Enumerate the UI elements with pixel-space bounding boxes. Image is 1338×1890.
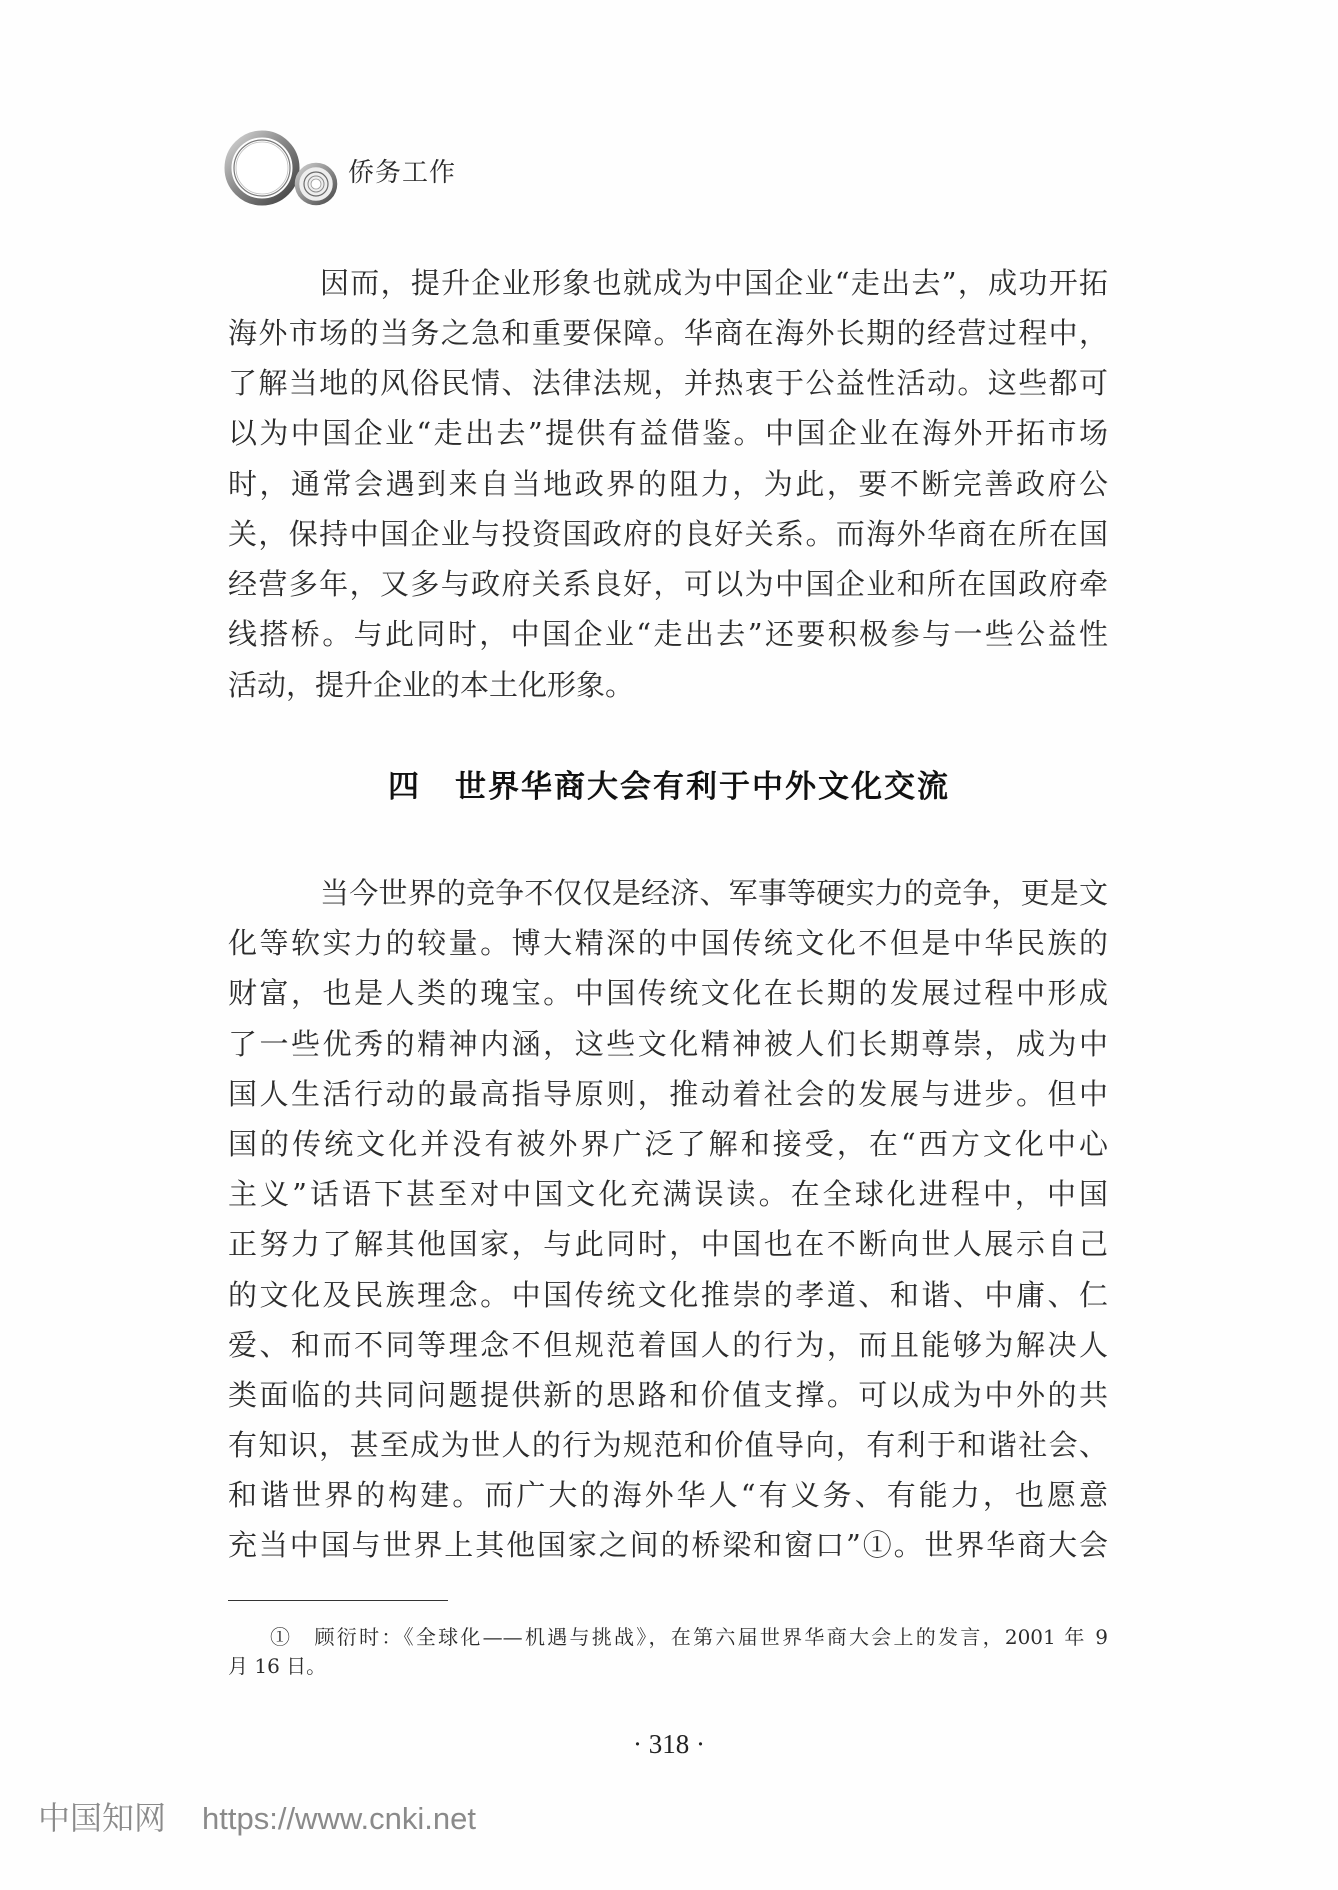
text-line: 时，通常会遇到来自当地政界的阻力，为此，要不断完善政府公 [228,459,1108,509]
text-line: 化等软实力的较量。博大精深的中国传统文化不但是中华民族的 [228,918,1108,968]
double-ring-logo-icon [220,128,350,214]
text-line: 海外市场的当务之急和重要保障。华商在海外长期的经营过程中， [228,308,1108,358]
text-line: 了一些优秀的精神内涵，这些文化精神被人们长期尊崇，成为中 [228,1019,1108,1069]
footnote-line: ① 顾衍时：《全球化——机遇与挑战》，在第六届世界华商大会上的发言，2001 年… [228,1622,1108,1652]
text-line: 活动，提升企业的本土化形象。 [228,660,1108,710]
book-page: 侨务工作 因而，提升企业形象也就成为中国企业“走出去”，成功开拓 海外市场的当务… [0,0,1338,1890]
text-line: 和谐世界的构建。而广大的海外华人“有义务、有能力，也愿意 [228,1470,1108,1520]
section-title: 世界华商大会有利于中外文化交流 [455,769,950,805]
page-number: · 318 · [0,1726,1338,1762]
text-line: 国的传统文化并没有被外界广泛了解和接受，在“西方文化中心 [228,1119,1108,1169]
section-name: 侨务工作 [348,152,456,189]
text-line: 类面临的共同问题提供新的思路和价值支撑。可以成为中外的共 [228,1370,1108,1420]
text-line: 当今世界的竞争不仅仅是经济、军事等硬实力的竞争，更是文 [228,868,1108,918]
section-number: 四 [388,769,421,805]
text-line: 有知识，甚至成为世人的行为规范和价值导向，有利于和谐社会、 [228,1420,1108,1470]
footnote-separator [228,1600,448,1601]
text-line: 以为中国企业“走出去”提供有益借鉴。中国企业在海外开拓市场 [228,408,1108,458]
watermark-name: 中国知网 [38,1800,166,1836]
text-line: 国人生活行动的最高指导原则，推动着社会的发展与进步。但中 [228,1069,1108,1119]
cnki-watermark: 中国知网https://www.cnki.net [38,1796,476,1840]
text-line: 爱、和而不同等理念不但规范着国人的行为，而且能够为解决人 [228,1320,1108,1370]
footnote-line: 月 16 日。 [228,1651,1108,1681]
text-line: 线搭桥。与此同时，中国企业“走出去”还要积极参与一些公益性 [228,609,1108,659]
text-line: 主义”话语下甚至对中国文化充满误读。在全球化进程中，中国 [228,1169,1108,1219]
text-line: 财富，也是人类的瑰宝。中国传统文化在长期的发展过程中形成 [228,968,1108,1018]
text-line: 正努力了解其他国家，与此同时，中国也在不断向世人展示自己 [228,1219,1108,1269]
text-line: 因而，提升企业形象也就成为中国企业“走出去”，成功开拓 [228,258,1108,308]
text-line: 关，保持中国企业与投资国政府的良好关系。而海外华商在所在国 [228,509,1108,559]
text-line: 经营多年，又多与政府关系良好，可以为中国企业和所在国政府牵 [228,559,1108,609]
section-heading: 四世界华商大会有利于中外文化交流 [0,757,1338,817]
text-line: 的文化及民族理念。中国传统文化推崇的孝道、和谐、中庸、仁 [228,1270,1108,1320]
text-line: 了解当地的风俗民情、法律法规，并热衷于公益性活动。这些都可 [228,358,1108,408]
text-line: 充当中国与世界上其他国家之间的桥梁和窗口”①。世界华商大会 [228,1520,1108,1570]
running-header: 侨务工作 [220,128,500,214]
watermark-url[interactable]: https://www.cnki.net [202,1801,476,1836]
